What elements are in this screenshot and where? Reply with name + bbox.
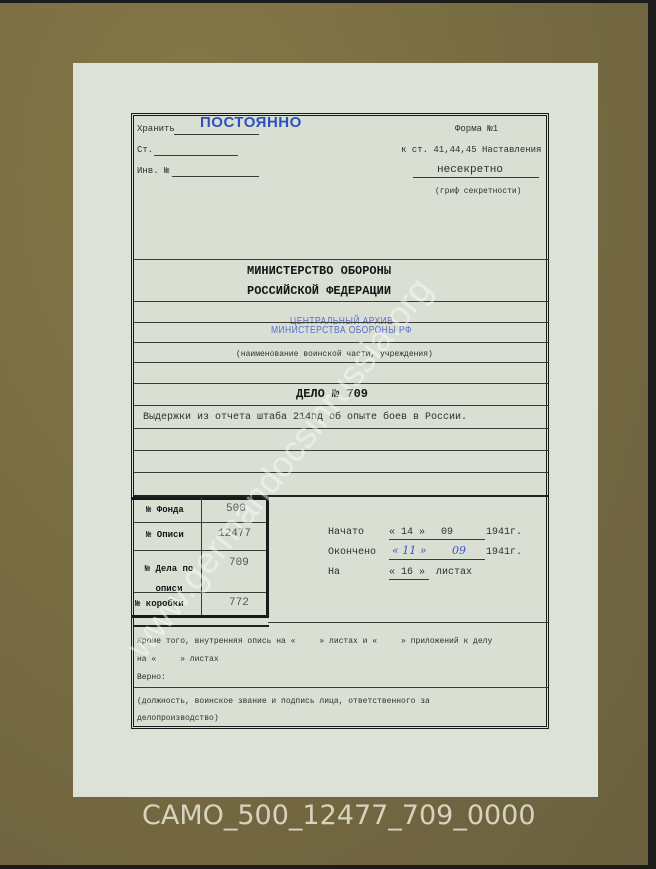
started-year: 1941г.	[486, 527, 522, 538]
ministry-line-2: РОССИЙСКОЙ ФЕДЕРАЦИИ	[247, 284, 391, 298]
started-month: 09	[441, 527, 453, 538]
fond-label: № Фонда	[146, 505, 184, 515]
box-label: № коробки	[135, 599, 184, 609]
sheets-word: листах	[436, 567, 472, 578]
keep-stamp: ПОСТОЯННО	[200, 114, 302, 131]
on-sheets: на « » листах	[137, 655, 219, 664]
st-label: Ст.	[137, 145, 153, 155]
opis-label: № Описи	[146, 530, 184, 540]
ended-label: Окончено	[328, 547, 376, 558]
archive-stamp-line-2: МИНИСТЕРСТВА ОБОРОНЫ РФ	[271, 325, 412, 336]
form-reference: к ст. 41,44,45 Наставления	[401, 145, 541, 155]
opis-value: 12477	[218, 528, 251, 540]
keep-label: Хранить	[137, 124, 175, 134]
ministry-line-1: МИНИСТЕРСТВО ОБОРОНЫ	[247, 264, 391, 278]
delo-value: 709	[229, 557, 249, 569]
inv-label: Инв. №	[137, 166, 169, 176]
secrecy-value: несекретно	[437, 164, 503, 176]
box-value: 772	[229, 597, 249, 609]
ended-day: « 11 »	[392, 544, 426, 557]
delo-label: № Дела по описи	[139, 559, 199, 599]
started-label: Начато	[328, 527, 364, 538]
responsible-line-1: (должность, воинское звание и подпись ли…	[137, 697, 430, 706]
ended-month: 09	[452, 544, 466, 557]
secrecy-caption: (гриф секретности)	[435, 187, 521, 196]
ended-year: 1941г.	[486, 547, 522, 558]
started-day: « 14 »	[389, 527, 425, 538]
case-title: ДЕЛО № 709	[296, 387, 368, 401]
sheets-label: На	[328, 567, 340, 578]
form-number: Форма №1	[455, 124, 498, 134]
fond-value: 500	[226, 503, 246, 515]
inner-inventory: Кроме того, внутренняя опись на « » лист…	[137, 637, 492, 646]
image-caption: CAMO_500_12477_709_0000	[142, 800, 536, 831]
unit-caption: (наименование воинской части, учреждения…	[236, 350, 433, 359]
case-description: Выдержки из отчета штаба 214пд об опыте …	[143, 412, 467, 423]
sheets-count: « 16 »	[389, 567, 425, 578]
verified-label: Верно:	[137, 673, 166, 682]
responsible-line-2: делопроизводство)	[137, 714, 219, 723]
